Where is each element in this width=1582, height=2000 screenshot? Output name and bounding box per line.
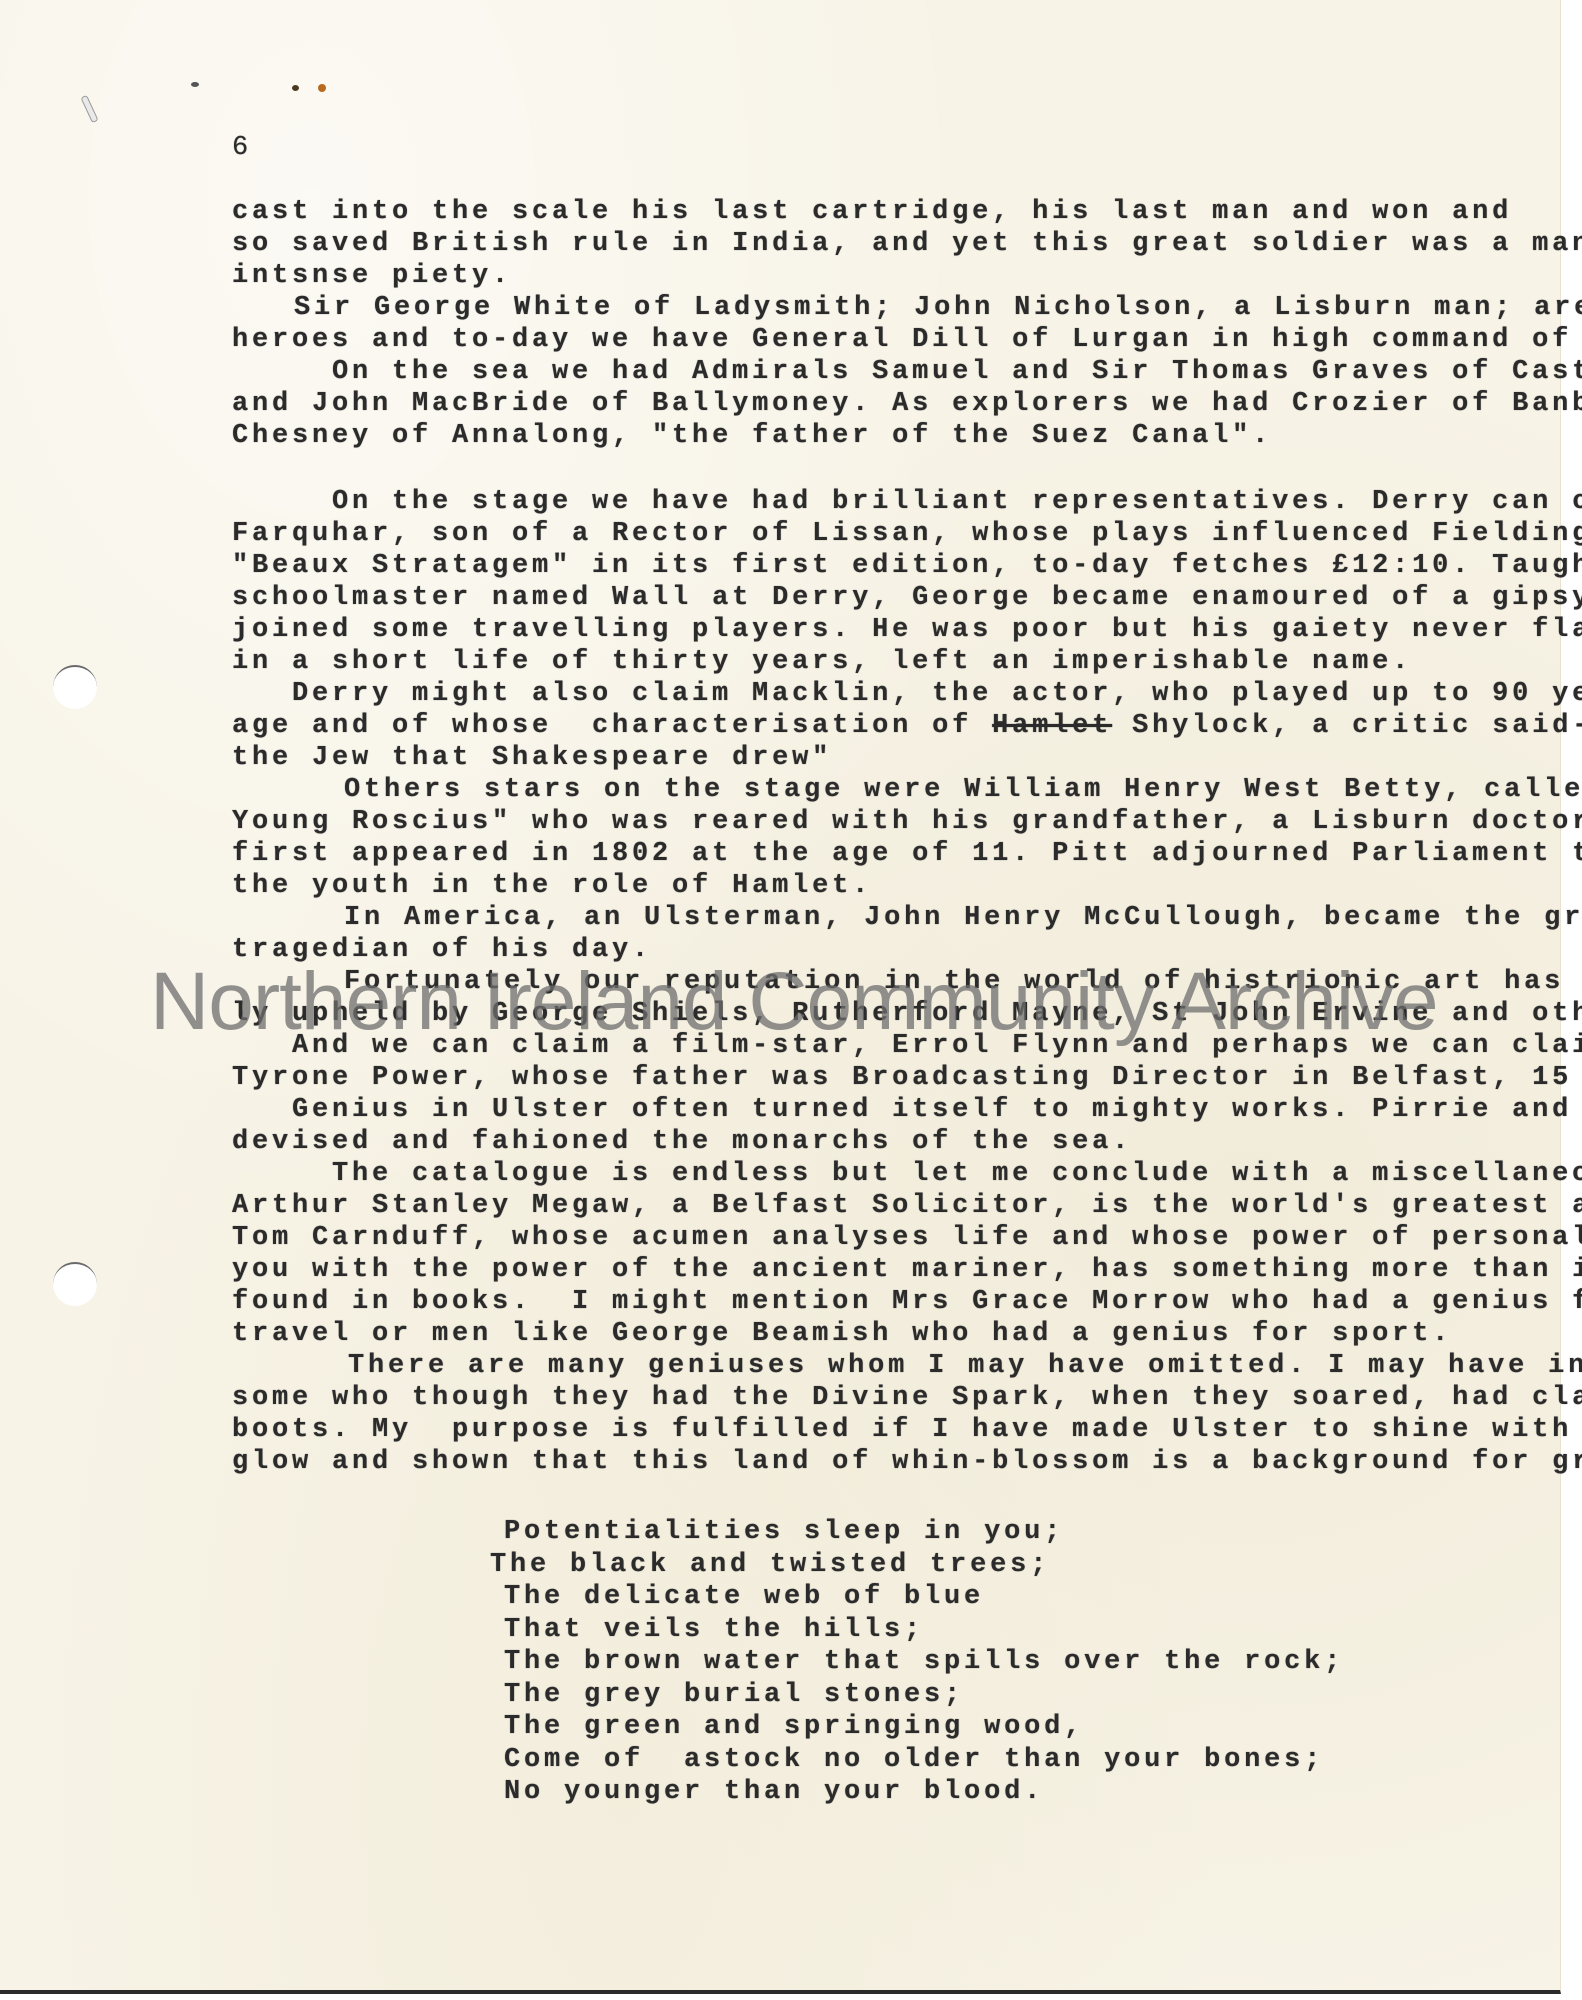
staple-mark: [80, 95, 98, 123]
text-line: cast into the scale his last cartridge, …: [232, 196, 1582, 228]
poem-line: The grey burial stones;: [490, 1679, 1344, 1712]
text-line: ly upheld by George Shiels, Rutherford M…: [232, 998, 1582, 1030]
text-line: the youth in the role of Hamlet.: [232, 870, 1582, 902]
text-line: On the stage we have had brilliant repre…: [232, 486, 1582, 518]
poem-line: Come of astock no older than your bones;: [490, 1744, 1344, 1777]
document-page: 6 cast into the scale his last cartridge…: [0, 0, 1561, 1994]
text-line: age and of whose characterisation of Ham…: [232, 710, 1582, 742]
text-line: Chesney of Annalong, "the father of the …: [232, 420, 1582, 452]
text-line: "Beaux Stratagem" in its first edition, …: [232, 550, 1582, 582]
paper-speck: [292, 85, 299, 91]
page-number: 6: [232, 132, 252, 164]
punch-hole: [53, 1262, 97, 1306]
poem-line: Potentialities sleep in you;: [490, 1516, 1344, 1549]
text-line: Tyrone Power, whose father was Broadcast…: [232, 1062, 1582, 1094]
text-line: Genius in Ulster often turned itself to …: [232, 1094, 1582, 1126]
text-line: Farquhar, son of a Rector of Lissan, who…: [232, 518, 1582, 550]
text-line: tragedian of his day.: [232, 934, 1582, 966]
poem-line: The black and twisted trees;: [490, 1549, 1344, 1582]
text-line: Sir George White of Ladysmith; John Nich…: [232, 292, 1582, 324]
text-line: in a short life of thirty years, left an…: [232, 646, 1582, 678]
text-line: In America, an Ulsterman, John Henry McC…: [232, 902, 1582, 934]
text-line: found in books. I might mention Mrs Grac…: [232, 1286, 1582, 1318]
text-line: the Jew that Shakespeare drew": [232, 742, 1582, 774]
punch-hole: [53, 665, 97, 709]
paper-speck: [191, 82, 199, 87]
text-line: some who though they had the Divine Spar…: [232, 1382, 1582, 1414]
struck-out-word: Hamlet: [992, 711, 1112, 741]
text-line: Arthur Stanley Megaw, a Belfast Solicito…: [232, 1190, 1582, 1222]
text-line: The catalogue is endless but let me conc…: [232, 1158, 1582, 1190]
text-line: and John MacBride of Ballymoney. As expl…: [232, 388, 1582, 420]
poem-line: The delicate web of blue: [490, 1581, 1344, 1614]
text-line: you with the power of the ancient marine…: [232, 1254, 1582, 1286]
paragraph-gap: [232, 452, 1582, 486]
text-line: On the sea we had Admirals Samuel and Si…: [232, 356, 1582, 388]
text-line: schoolmaster named Wall at Derry, George…: [232, 582, 1582, 614]
poem-line: The green and springing wood,: [490, 1711, 1344, 1744]
text-line: first appeared in 1802 at the age of 11.…: [232, 838, 1582, 870]
text-line: Fortunately our reputation in the world …: [232, 966, 1582, 998]
text-line: devised and fahioned the monarchs of the…: [232, 1126, 1582, 1158]
paper-speck: [318, 84, 326, 92]
text-line: intsnse piety.: [232, 260, 1582, 292]
text-line: joined some travelling players. He was p…: [232, 614, 1582, 646]
text-line: heroes and to-day we have General Dill o…: [232, 324, 1582, 356]
text-line: travel or men like George Beamish who ha…: [232, 1318, 1582, 1350]
text-line: glow and shown that this land of whin-bl…: [232, 1446, 1582, 1478]
poem-stanza: Potentialities sleep in you;The black an…: [490, 1516, 1344, 1809]
text-line: Tom Carnduff, whose acumen analyses life…: [232, 1222, 1582, 1254]
text-line: so saved British rule in India, and yet …: [232, 228, 1582, 260]
text-line: And we can claim a film-star, Errol Flyn…: [232, 1030, 1582, 1062]
poem-line: No younger than your blood.: [490, 1776, 1344, 1809]
text-line: There are many geniuses whom I may have …: [232, 1350, 1582, 1382]
poem-line: That veils the hills;: [490, 1614, 1344, 1647]
poem-line: The brown water that spills over the roc…: [490, 1646, 1344, 1679]
body-text: cast into the scale his last cartridge, …: [232, 196, 1582, 1478]
text-line: Derry might also claim Macklin, the acto…: [232, 678, 1582, 710]
text-line: Young Roscius" who was reared with his g…: [232, 806, 1582, 838]
text-line: Others stars on the stage were William H…: [232, 774, 1582, 806]
text-line: boots. My purpose is fulfilled if I have…: [232, 1414, 1582, 1446]
